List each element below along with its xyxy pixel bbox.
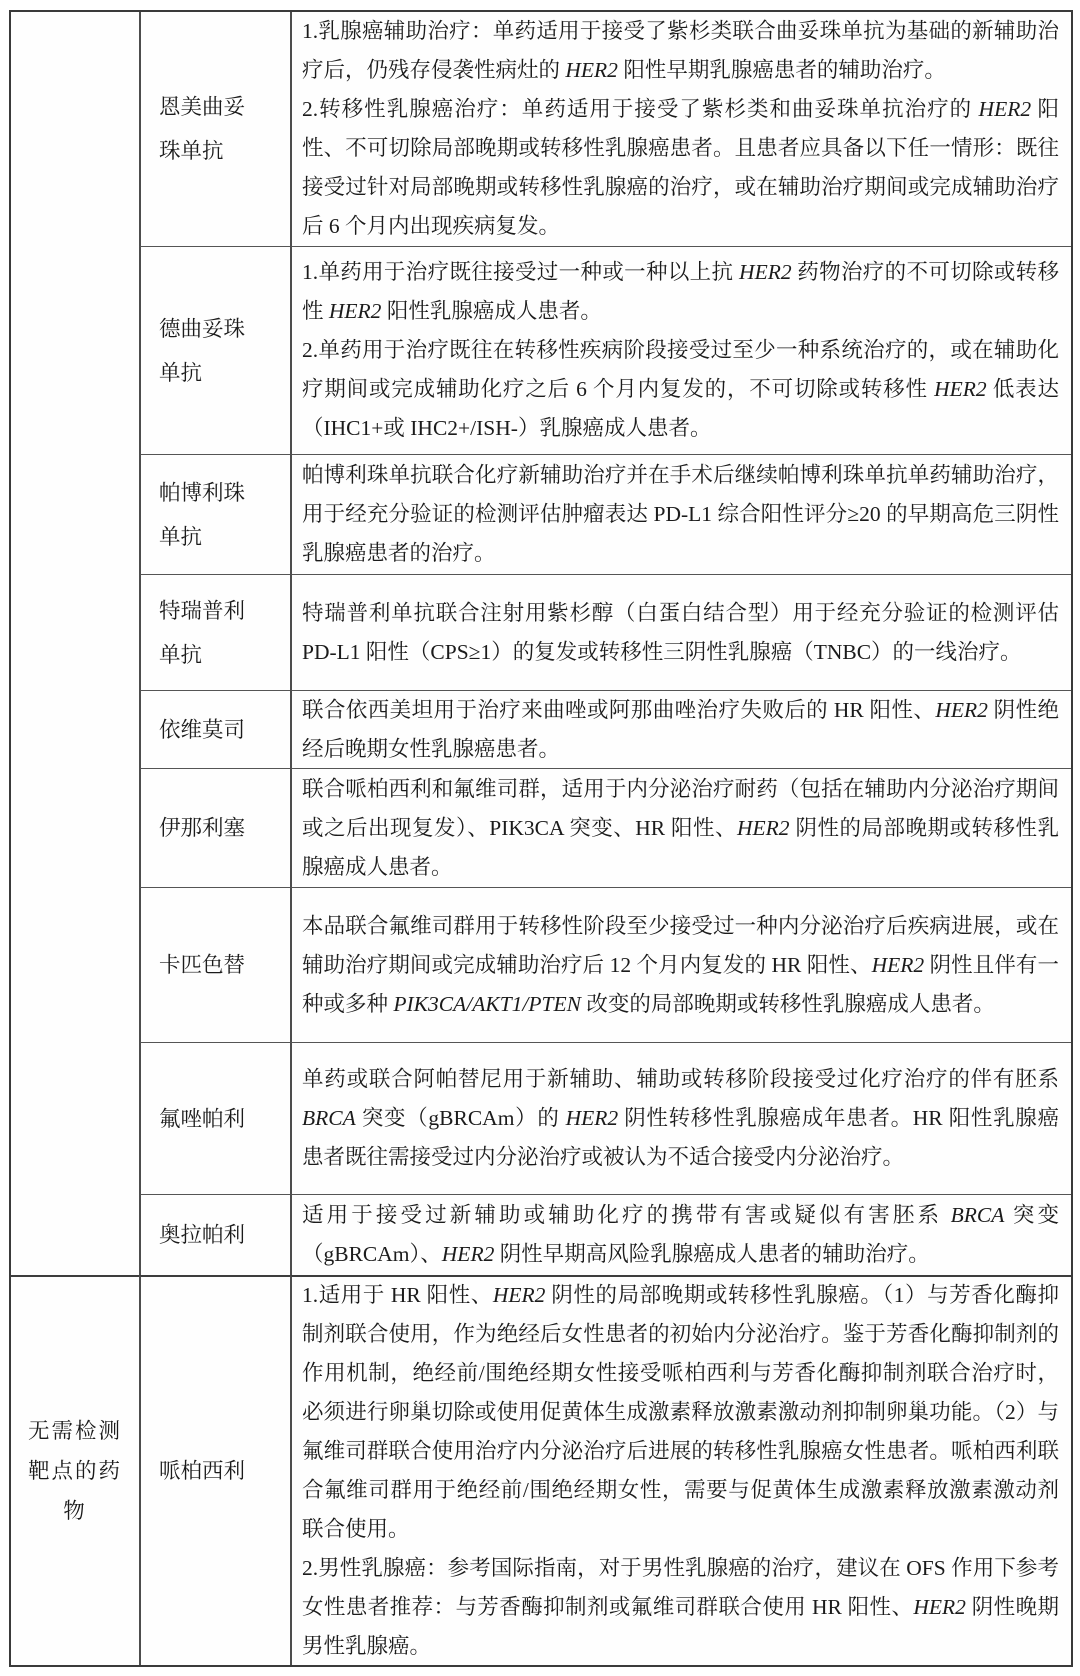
text-segment: 阳性早期乳腺癌患者的辅助治疗。 <box>618 58 946 82</box>
text-segment: HER2 <box>493 1283 546 1307</box>
indication-paragraph: 联合依西美坦用于治疗来曲唑或阿那曲唑治疗失败后的 HR 阳性、HER2 阴性绝经… <box>302 691 1059 769</box>
text-segment: 特瑞普利单抗联合注射用紫杉醇（白蛋白结合型）用于经充分验证的检测评估 PD-L1… <box>302 601 1059 664</box>
drug-name-cell: 哌柏西利 <box>139 1275 290 1665</box>
text-segment: HER2 <box>739 260 792 284</box>
indication-paragraph: 帕博利珠单抗联合化疗新辅助治疗并在手术后继续帕博利珠单抗单药辅助治疗，用于经充分… <box>302 456 1059 573</box>
indication-cell: 帕博利珠单抗联合化疗新辅助治疗并在手术后继续帕博利珠单抗单药辅助治疗，用于经充分… <box>290 454 1071 574</box>
text-segment: HER2 <box>329 299 382 323</box>
indication-paragraph: 1.适用于 HR 阳性、HER2 阴性的局部晚期或转移性乳腺癌。（1）与芳香化酶… <box>302 1276 1059 1549</box>
drug-name: 奥拉帕利 <box>159 1213 245 1257</box>
text-segment: 阴性早期高风险乳腺癌成人患者的辅助治疗。 <box>494 1242 929 1266</box>
text-segment: 突变（gBRCAm）的 <box>356 1106 566 1130</box>
text-segment: 单药或联合阿帕替尼用于新辅助、辅助或转移阶段接受过化疗治疗的伴有胚系 <box>302 1067 1059 1091</box>
text-segment: HER2 <box>913 1595 966 1619</box>
drug-name-cell: 依维莫司 <box>139 690 290 768</box>
indication-paragraph: 1.单药用于治疗既往接受过一种或一种以上抗 HER2 药物治疗的不可切除或转移性… <box>302 253 1059 331</box>
indication-cell: 单药或联合阿帕替尼用于新辅助、辅助或转移阶段接受过化疗治疗的伴有胚系 BRCA … <box>290 1042 1071 1194</box>
drug-name-cell: 恩美曲妥珠单抗 <box>139 12 290 246</box>
drug-name: 特瑞普利单抗 <box>159 589 266 677</box>
indication-cell: 1.适用于 HR 阳性、HER2 阴性的局部晚期或转移性乳腺癌。（1）与芳香化酶… <box>290 1275 1071 1665</box>
text-segment: 阴性的局部晚期或转移性乳腺癌。（1）与芳香化酶抑制剂联合使用，作为绝经后女性患者… <box>302 1283 1059 1541</box>
indication-paragraph: 2.转移性乳腺癌治疗：单药适用于接受了紫杉类和曲妥珠单抗治疗的 HER2 阳性、… <box>302 90 1059 246</box>
indication-paragraph: 单药或联合阿帕替尼用于新辅助、辅助或转移阶段接受过化疗治疗的伴有胚系 BRCA … <box>302 1060 1059 1177</box>
text-segment: HER2 <box>566 1106 619 1130</box>
indication-cell: 特瑞普利单抗联合注射用紫杉醇（白蛋白结合型）用于经充分验证的检测评估 PD-L1… <box>290 574 1071 690</box>
indication-cell: 联合哌柏西利和氟维司群，适用于内分泌治疗耐药（包括在辅助内分泌治疗期间或之后出现… <box>290 768 1071 887</box>
indication-paragraph: 1.乳腺癌辅助治疗：单药适用于接受了紫杉类联合曲妥珠单抗为基础的新辅助治疗后，仍… <box>302 12 1059 90</box>
text-segment: HER2 <box>737 816 790 840</box>
drug-name: 哌柏西利 <box>159 1449 245 1493</box>
text-segment: 2.转移性乳腺癌治疗：单药适用于接受了紫杉类和曲妥珠单抗治疗的 <box>302 97 979 121</box>
text-segment: BRCA <box>951 1203 1005 1227</box>
indication-cell: 1.单药用于治疗既往接受过一种或一种以上抗 HER2 药物治疗的不可切除或转移性… <box>290 246 1071 454</box>
drug-name: 卡匹色替 <box>159 943 245 987</box>
drug-name-cell: 特瑞普利单抗 <box>139 574 290 690</box>
indication-cell: 联合依西美坦用于治疗来曲唑或阿那曲唑治疗失败后的 HR 阳性、HER2 阴性绝经… <box>290 690 1071 768</box>
indication-cell: 适用于接受过新辅助或辅助化疗的携带有害或疑似有害胚系 BRCA 突变（gBRCA… <box>290 1194 1071 1275</box>
category-cell-no-target-testing: 无需检测靶点的药物 <box>11 1275 139 1665</box>
text-segment: HER2 <box>934 377 987 401</box>
drug-name: 氟唑帕利 <box>159 1097 245 1141</box>
drug-name-cell: 伊那利塞 <box>139 768 290 887</box>
drug-name: 伊那利塞 <box>159 806 245 850</box>
text-segment: PIK3CA/AKT1/PTEN <box>393 992 581 1016</box>
text-segment: BRCA <box>302 1106 356 1130</box>
drug-indication-table: 无需检测靶点的药物 恩美曲妥珠单抗 1.乳腺癌辅助治疗：单药适用于接受了紫杉类联… <box>9 10 1073 1667</box>
text-segment: 适用于接受过新辅助或辅助化疗的携带有害或疑似有害胚系 <box>302 1203 951 1227</box>
drug-name-cell: 德曲妥珠单抗 <box>139 246 290 454</box>
text-segment: 1.适用于 HR 阳性、 <box>302 1283 493 1307</box>
text-segment: HER2 <box>872 953 925 977</box>
indication-cell: 1.乳腺癌辅助治疗：单药适用于接受了紫杉类联合曲妥珠单抗为基础的新辅助治疗后，仍… <box>290 12 1071 246</box>
text-segment: 改变的局部晚期或转移性乳腺癌成人患者。 <box>581 992 995 1016</box>
drug-name: 德曲妥珠单抗 <box>159 307 266 395</box>
drug-name-cell: 奥拉帕利 <box>139 1194 290 1275</box>
drug-name-cell: 卡匹色替 <box>139 887 290 1042</box>
drug-name-cell: 氟唑帕利 <box>139 1042 290 1194</box>
indication-paragraph: 2.男性乳腺癌：参考国际指南，对于男性乳腺癌的治疗，建议在 OFS 作用下参考女… <box>302 1549 1059 1665</box>
drug-name: 依维莫司 <box>159 708 245 752</box>
text-segment: 1.单药用于治疗既往接受过一种或一种以上抗 <box>302 260 739 284</box>
text-segment: HER2 <box>442 1242 495 1266</box>
drug-name-cell: 帕博利珠单抗 <box>139 454 290 574</box>
indication-paragraph: 本品联合氟维司群用于转移性阶段至少接受过一种内分泌治疗后疾病进展，或在辅助治疗期… <box>302 907 1059 1024</box>
indication-paragraph: 适用于接受过新辅助或辅助化疗的携带有害或疑似有害胚系 BRCA 突变（gBRCA… <box>302 1196 1059 1274</box>
text-segment: 联合依西美坦用于治疗来曲唑或阿那曲唑治疗失败后的 HR 阳性、 <box>302 698 935 722</box>
drug-name: 帕博利珠单抗 <box>159 471 266 559</box>
document-page: 无需检测靶点的药物 恩美曲妥珠单抗 1.乳腺癌辅助治疗：单药适用于接受了紫杉类联… <box>0 0 1080 1676</box>
text-segment: HER2 <box>935 698 988 722</box>
indication-paragraph: 联合哌柏西利和氟维司群，适用于内分泌治疗耐药（包括在辅助内分泌治疗期间或之后出现… <box>302 770 1059 887</box>
indication-paragraph: 2.单药用于治疗既往在转移性疾病阶段接受过至少一种系统治疗的，或在辅助化疗期间或… <box>302 331 1059 448</box>
indication-paragraph: 特瑞普利单抗联合注射用紫杉醇（白蛋白结合型）用于经充分验证的检测评估 PD-L1… <box>302 594 1059 672</box>
text-segment: 帕博利珠单抗联合化疗新辅助治疗并在手术后继续帕博利珠单抗单药辅助治疗，用于经充分… <box>302 463 1059 565</box>
text-segment: HER2 <box>565 58 618 82</box>
drug-name: 恩美曲妥珠单抗 <box>159 85 266 173</box>
indication-cell: 本品联合氟维司群用于转移性阶段至少接受过一种内分泌治疗后疾病进展，或在辅助治疗期… <box>290 887 1071 1042</box>
text-segment: HER2 <box>979 97 1032 121</box>
category-cell-empty <box>11 12 139 1275</box>
text-segment: 阳性乳腺癌成人患者。 <box>381 299 601 323</box>
